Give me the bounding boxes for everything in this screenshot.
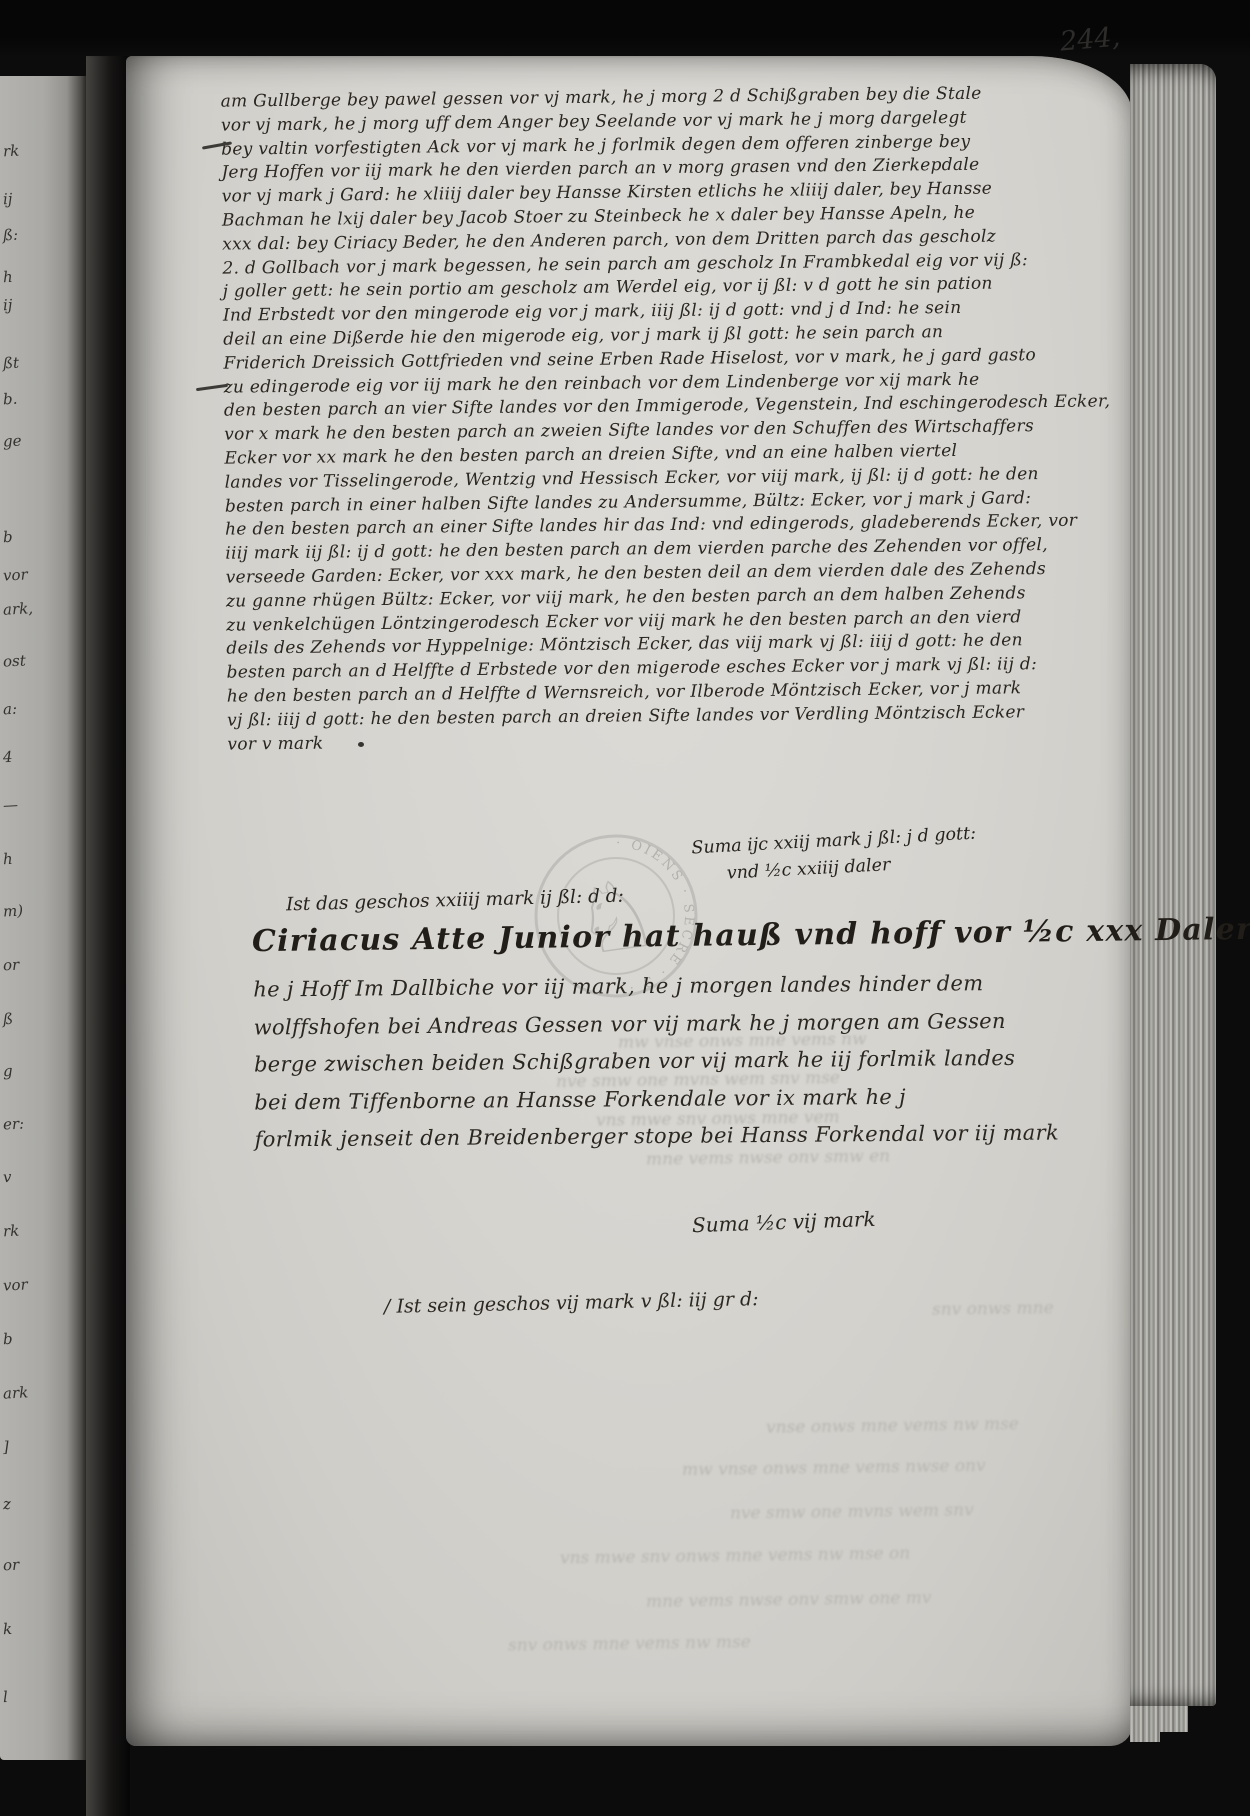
ink-showthrough-line: snv onws mne — [932, 1298, 1054, 1320]
page-stack-edge — [1130, 64, 1216, 1706]
rampant-lion-device: ♘ — [566, 856, 667, 979]
facing-page-sliver — [0, 76, 88, 1760]
archival-photograph: rkijß:hijßtb.gebvorark,osta:4—hm)orßger:… — [0, 0, 1250, 1816]
ink-showthrough-line: vns mwe snv onws mne vems nw mse on — [560, 1544, 910, 1569]
binding-shadow — [86, 56, 130, 1816]
paragraph-secondary: he j Hoff Im Dallbiche vor iij mark, he … — [253, 964, 1059, 1159]
handwritten-line: berge zwischen beiden Schißgraben vor vi… — [254, 1039, 1059, 1084]
ink-showthrough-line: vnse onws mne vems nw mse — [766, 1414, 1019, 1438]
ink-showthrough-line: mw vnse onws mne vems nwse onv — [682, 1456, 986, 1480]
paragraph-main: am Gullberge bey pawel gessen vor vj mar… — [221, 81, 1114, 757]
page-stack-step — [1130, 1732, 1160, 1742]
summa-line: Suma ½c vij mark — [692, 1207, 876, 1237]
handwritten-line: forlmik jenseit den Breidenberger stope … — [255, 1114, 1060, 1159]
ink-showthrough-line: mne vems nwse onv smw one mv — [646, 1588, 932, 1612]
folio-number: 244, — [1059, 21, 1122, 57]
entry-heading: Ciriacus Atte Junior hat hauß vnd hoff v… — [252, 912, 1250, 959]
ink-showthrough-line: snv onws mne vems nw mse — [508, 1632, 751, 1655]
manuscript-page: mw vnse onws mne vems nwnve smw one mvns… — [126, 56, 1132, 1746]
sum-annotation: Suma ijc xxiij mark j ßl: j d gott: vnd … — [691, 821, 978, 890]
ink-spot — [358, 742, 364, 747]
ink-showthrough-line: nve smw one mvns wem snv — [730, 1500, 974, 1523]
page-stack-step — [1130, 1706, 1188, 1732]
handwritten-line: he j Hoff Im Dallbiche vor iij mark, he … — [253, 964, 1058, 1009]
footer-assessment-line: ∕ Ist sein geschos vij mark v ßl: iij gr… — [384, 1288, 759, 1318]
